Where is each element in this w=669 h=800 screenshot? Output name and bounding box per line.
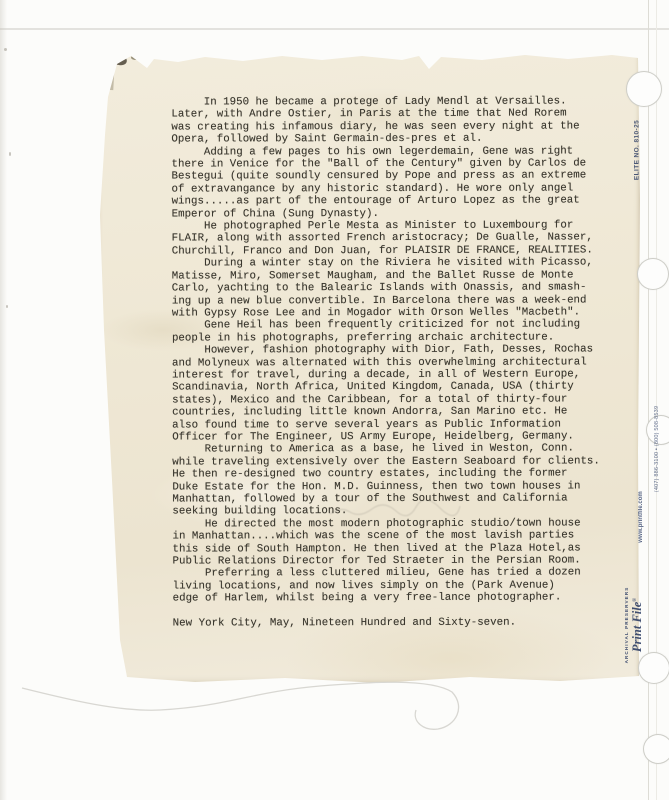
scratch-hairline: [0, 660, 669, 800]
typed-line: Emperor of China (Sung Dynasty).: [172, 207, 600, 221]
typed-text-block: In 1950 he became a protege of Lady Mend…: [171, 95, 600, 630]
sleeve-phone-label: (407) 886-3100 • (800) 508-8539: [654, 406, 660, 492]
sleeve-brand-block: ARCHIVAL PRESERVERS Print File®: [624, 587, 644, 664]
typed-line: Scandinavia, North Africa, United Kingdo…: [172, 381, 600, 395]
binder-hole: [626, 71, 662, 107]
typed-line: He then re-designed two country estates,…: [172, 468, 600, 482]
typed-line: Carlo, yachting to the Balearic Islands …: [172, 282, 600, 296]
typed-line: Later, with Andre Ostier, in Paris at th…: [171, 108, 599, 122]
typed-line: and Molyneux was alternated with this ov…: [172, 356, 600, 370]
dust-speck: [6, 305, 8, 308]
typed-line: Adding a few pages to his own legerdemai…: [171, 145, 599, 159]
registered-trademark-symbol: ®: [633, 598, 638, 602]
dust-speck: [9, 152, 11, 156]
typed-line: Bestegui (quite soundly censured by Pope…: [171, 170, 599, 184]
typed-line: in Manhattan....which was the scene of t…: [172, 530, 600, 544]
typed-line: Opera, followed by Saint Germain-des-pre…: [171, 133, 599, 147]
scanned-page: In 1950 he became a protege of Lady Mend…: [0, 0, 669, 800]
typed-line: Returning to America as a base, he lived…: [172, 443, 600, 457]
typed-line: edge of Harlem, whilst being a very free…: [173, 592, 601, 606]
torn-edge-fragment: [110, 52, 128, 67]
dust-speck: [4, 48, 7, 51]
typed-line: seeking building locations.: [172, 505, 600, 519]
typed-line: FLAIR, along with assorted French aristo…: [172, 232, 600, 246]
binder-hole: [637, 258, 669, 290]
dateline: New York City, May, Nineteen Hundred and…: [173, 616, 601, 630]
typed-line: Manhattan, followed by a tour of the Sou…: [172, 492, 600, 506]
sleeve-website-label: www.printfile.com: [638, 491, 644, 542]
typed-line: ing up a new blue convertible. In Barcel…: [172, 294, 600, 308]
binder-hole: [643, 734, 669, 764]
typed-line: Duke Estate for the Hon. M.D. Guinness, …: [172, 480, 600, 494]
sleeve-brand-name: Print File: [630, 602, 644, 652]
typed-line: was creating his infamous diary, he was …: [171, 120, 599, 134]
torn-edge-fragment: [108, 62, 114, 90]
typed-line: However, fashion photography with Dior, …: [172, 344, 600, 358]
typed-line: Preferring a less cluttered milieu, Gene…: [173, 567, 601, 581]
typed-line: countries, including little known Andorr…: [172, 406, 600, 420]
typed-line: During a winter stay on the Riviera he v…: [172, 257, 600, 271]
typed-lines: In 1950 he became a protege of Lady Mend…: [171, 95, 600, 605]
torn-edge-fragment: [131, 55, 140, 60]
sleeve-brand-logo: Print File®: [629, 587, 644, 664]
typed-line: wings.....as part of the entourage of Ar…: [172, 195, 600, 209]
scanner-streak: [0, 28, 669, 30]
sleeve-elite-label: ELITE NO. 810-25: [634, 120, 641, 180]
typed-line: also found time to serve several years a…: [172, 418, 600, 432]
typed-line: Gene Heil has been frequently criticized…: [172, 319, 600, 333]
typed-line: this side of South Hampton. He then live…: [172, 542, 600, 556]
